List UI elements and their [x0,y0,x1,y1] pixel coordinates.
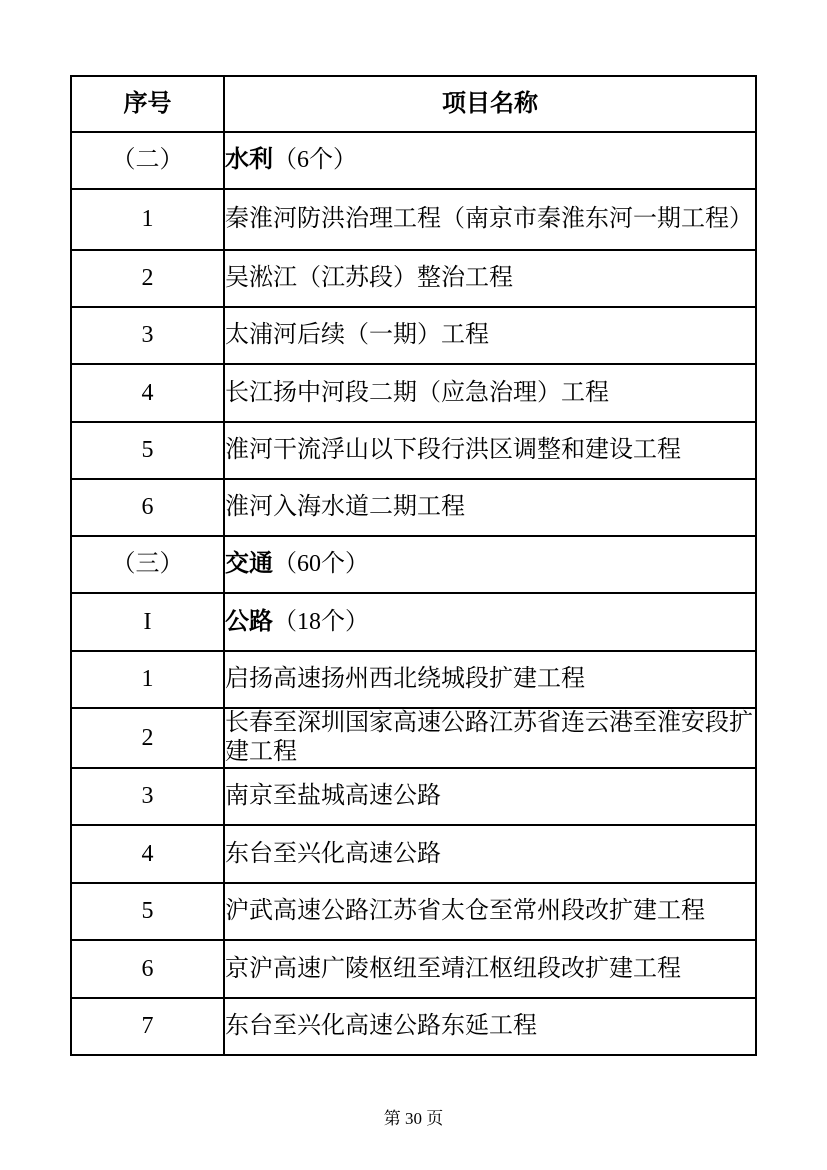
document-page: 序号 项目名称 （二） 水利（6个） 1 秦淮河防洪治理工程（南京市秦淮东河一期… [0,0,827,1170]
category-count: （18个） [273,609,369,635]
category-name-cell: 公路（18个） [224,593,756,651]
header-serial-number: 序号 [71,76,224,132]
category-count: （60个） [273,551,369,577]
category-row: （二） 水利（6个） [71,132,756,189]
serial-cell: 4 [71,364,224,422]
serial-cell: （三） [71,536,224,593]
project-name-cell: 启扬高速扬州西北绕城段扩建工程 [224,651,756,708]
table-row: 6 京沪高速广陵枢纽至靖江枢纽段改扩建工程 [71,940,756,998]
table-row: 2 吴淞江（江苏段）整治工程 [71,250,756,307]
serial-cell: 6 [71,940,224,998]
table-row: 5 沪武高速公路江苏省太仓至常州段改扩建工程 [71,883,756,940]
table-row: 6 淮河入海水道二期工程 [71,479,756,536]
project-table: 序号 项目名称 （二） 水利（6个） 1 秦淮河防洪治理工程（南京市秦淮东河一期… [70,75,757,1056]
category-title: 公路 [225,609,273,635]
category-title: 交通 [225,551,273,577]
table-row: 4 东台至兴化高速公路 [71,825,756,883]
serial-cell: 1 [71,189,224,250]
serial-cell: 3 [71,768,224,825]
category-row: I 公路（18个） [71,593,756,651]
category-row: （三） 交通（60个） [71,536,756,593]
table-row: 1 启扬高速扬州西北绕城段扩建工程 [71,651,756,708]
serial-cell: I [71,593,224,651]
category-name-cell: 水利（6个） [224,132,756,189]
table-row: 3 南京至盐城高速公路 [71,768,756,825]
table-row: 2 长春至深圳国家高速公路江苏省连云港至淮安段扩建工程 [71,708,756,768]
project-name-cell: 长江扬中河段二期（应急治理）工程 [224,364,756,422]
category-name-cell: 交通（60个） [224,536,756,593]
table-row: 4 长江扬中河段二期（应急治理）工程 [71,364,756,422]
table-row: 7 东台至兴化高速公路东延工程 [71,998,756,1055]
category-title: 水利 [225,147,273,173]
table-row: 3 太浦河后续（一期）工程 [71,307,756,364]
header-project-name: 项目名称 [224,76,756,132]
project-name-cell: 京沪高速广陵枢纽至靖江枢纽段改扩建工程 [224,940,756,998]
project-name-cell: 东台至兴化高速公路东延工程 [224,998,756,1055]
serial-cell: 5 [71,883,224,940]
project-name-cell: 太浦河后续（一期）工程 [224,307,756,364]
table-header-row: 序号 项目名称 [71,76,756,132]
serial-cell: （二） [71,132,224,189]
serial-cell: 7 [71,998,224,1055]
table-row: 5 淮河干流浮山以下段行洪区调整和建设工程 [71,422,756,479]
table-row: 1 秦淮河防洪治理工程（南京市秦淮东河一期工程） [71,189,756,250]
serial-cell: 2 [71,250,224,307]
project-name-cell: 淮河干流浮山以下段行洪区调整和建设工程 [224,422,756,479]
project-name-cell: 吴淞江（江苏段）整治工程 [224,250,756,307]
serial-cell: 4 [71,825,224,883]
serial-cell: 1 [71,651,224,708]
project-name-cell: 沪武高速公路江苏省太仓至常州段改扩建工程 [224,883,756,940]
serial-cell: 2 [71,708,224,768]
serial-cell: 3 [71,307,224,364]
project-name-cell: 淮河入海水道二期工程 [224,479,756,536]
category-count: （6个） [273,147,357,173]
project-name-cell: 长春至深圳国家高速公路江苏省连云港至淮安段扩建工程 [224,708,756,768]
page-number: 第 30 页 [0,1107,827,1131]
project-name-cell: 秦淮河防洪治理工程（南京市秦淮东河一期工程） [224,189,756,250]
project-name-cell: 东台至兴化高速公路 [224,825,756,883]
serial-cell: 5 [71,422,224,479]
project-name-cell: 南京至盐城高速公路 [224,768,756,825]
serial-cell: 6 [71,479,224,536]
